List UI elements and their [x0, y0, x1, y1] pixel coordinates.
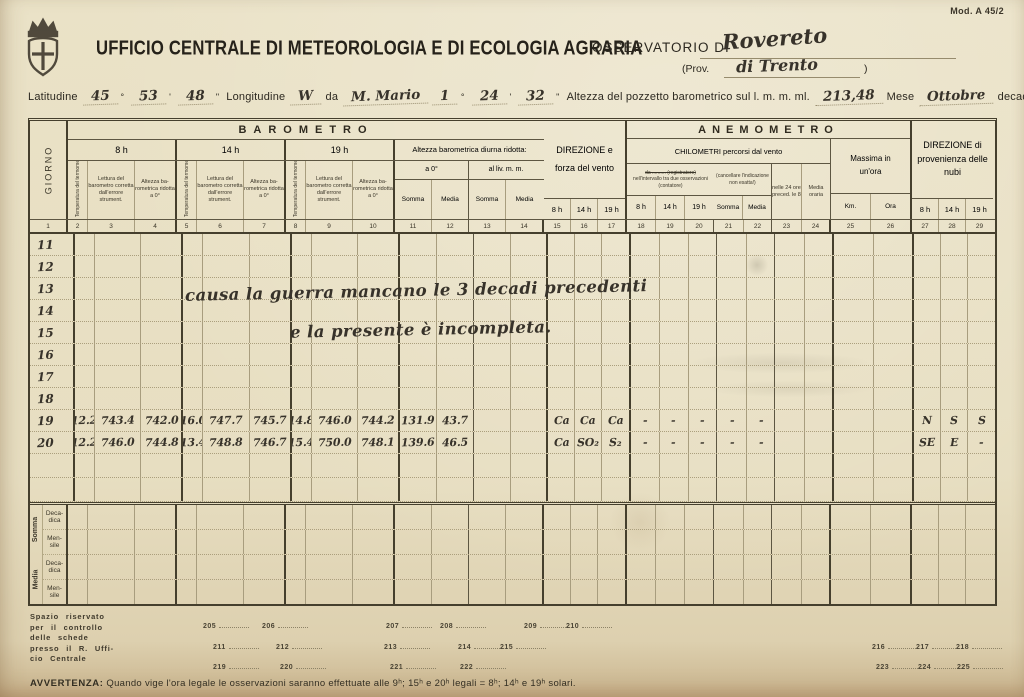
summary-cell: [966, 555, 993, 579]
cell-value: 16.0: [183, 414, 203, 428]
summary-grid: [68, 505, 995, 604]
day-number: 18: [37, 391, 54, 406]
info-printed-label: da: [326, 91, 339, 103]
data-cell: -: [717, 432, 747, 453]
observation-table: GIORNO BAROMETRO 8 h 14 h 19 h Altezza b…: [28, 118, 997, 606]
data-cell: [805, 366, 834, 387]
data-cell: [602, 478, 631, 501]
data-cell: [775, 432, 805, 453]
summary-cell: [177, 555, 197, 579]
cell-value: 13.4: [183, 436, 203, 450]
km-14h-header: 14 h: [656, 196, 685, 219]
data-cell: [775, 256, 805, 277]
data-cell: [203, 256, 250, 277]
chilometri-title: CHILOMETRI percorsi dal vento: [627, 139, 830, 164]
data-cell: [689, 278, 718, 299]
summary-cell: [831, 580, 871, 604]
data-cell: [717, 478, 747, 501]
summary-cell: [432, 580, 469, 604]
day-cell: [30, 478, 75, 501]
summary-cell: [772, 555, 802, 579]
data-cell: 43.7: [437, 410, 474, 431]
col-number-cell: 8: [286, 220, 306, 232]
data-cell: [511, 410, 549, 431]
control-number-line: [229, 661, 259, 669]
lettura-header-19h: Lettura del barometro corretta dall'erro…: [306, 161, 353, 219]
summary-cell: [912, 505, 939, 529]
data-cell: 13.4: [183, 432, 203, 453]
data-cell: [312, 300, 359, 321]
info-handwritten-value: 32: [518, 87, 553, 105]
info-printed-label: ": [556, 92, 559, 102]
anemometro-title: ANEMOMETRO: [627, 121, 910, 139]
data-cell: [312, 256, 359, 277]
summary-media-label: Media: [30, 555, 42, 605]
province-value: di Trento: [736, 55, 819, 77]
info-handwritten-value: 53: [131, 87, 166, 105]
data-cell: [805, 454, 834, 477]
summary-cell: [135, 505, 177, 529]
data-cell: [575, 366, 602, 387]
data-cell: [631, 454, 660, 477]
col-number-cell: 20: [685, 220, 714, 232]
summary-cell: [68, 530, 88, 554]
barometro-title: BAROMETRO: [68, 121, 544, 140]
data-cell: [437, 234, 474, 255]
data-cell: [75, 256, 95, 277]
data-cell: [95, 478, 142, 501]
data-cell: [575, 454, 602, 477]
summary-cell: [714, 580, 744, 604]
control-number: 215: [500, 641, 546, 651]
data-cell: [312, 344, 359, 365]
data-cell: SE: [914, 432, 941, 453]
cell-value: 746.7: [253, 436, 287, 450]
data-cell: [358, 388, 400, 409]
data-cell: [602, 234, 631, 255]
summary-cell: [306, 530, 353, 554]
data-cell: [183, 344, 203, 365]
summary-cell: [571, 580, 598, 604]
data-cell: [660, 278, 689, 299]
control-number-line: [402, 620, 432, 628]
data-cell: [660, 388, 689, 409]
data-cell: [717, 256, 747, 277]
data-cell: [183, 388, 203, 409]
data-cell: [660, 366, 689, 387]
data-cell: [250, 478, 292, 501]
summary-cell: [871, 555, 912, 579]
data-cell: [834, 322, 874, 343]
summary-section: Somma Media Deca- dica Men- sile Deca- d…: [30, 502, 995, 604]
data-cell: [292, 366, 312, 387]
wind-14h-header: 14 h: [571, 199, 598, 219]
data-cell: [511, 366, 549, 387]
data-cell: [747, 388, 775, 409]
info-printed-label: ": [216, 92, 219, 102]
data-cell: [358, 300, 400, 321]
data-cell: [548, 366, 575, 387]
data-cell: [312, 234, 359, 255]
data-cell: [141, 278, 183, 299]
data-cell: [548, 256, 575, 277]
clouds-14h-header: 14 h: [939, 199, 966, 219]
data-cell: [575, 388, 602, 409]
data-cell: 747.7: [203, 410, 250, 431]
info-handwritten-value: M. Mario: [343, 87, 429, 107]
summary-cell: [744, 555, 772, 579]
data-cell: [805, 300, 834, 321]
summary-cell: [286, 505, 306, 529]
data-cell: [968, 322, 995, 343]
data-cell: [437, 454, 474, 477]
data-cell: [292, 388, 312, 409]
data-cell: [141, 300, 183, 321]
data-cell: [968, 454, 995, 477]
control-number: 211: [213, 641, 259, 651]
empty-row: [30, 454, 995, 478]
data-cell: [474, 234, 511, 255]
control-number-line: [400, 641, 430, 649]
summary-row: [68, 530, 995, 555]
km-header: Km.: [831, 194, 871, 219]
summary-cell: [939, 530, 966, 554]
data-cell: [874, 234, 915, 255]
data-cell: [631, 366, 660, 387]
summary-cell: [714, 555, 744, 579]
data-cell: [203, 454, 250, 477]
data-cell: [805, 388, 834, 409]
data-cell: [250, 344, 292, 365]
cell-value: 747.7: [209, 414, 243, 428]
control-number: 216: [872, 641, 918, 651]
data-cell: [689, 234, 718, 255]
data-cell: [95, 322, 142, 343]
data-cell: [575, 234, 602, 255]
data-cell: [474, 256, 511, 277]
day-number: 15: [37, 325, 54, 340]
col-number-cell: 26: [871, 220, 912, 232]
cell-value: N: [922, 414, 932, 427]
data-cell: 12.2: [75, 432, 95, 453]
data-cell: [250, 366, 292, 387]
data-cell: [775, 278, 805, 299]
avvertenza-note: AVVERTENZA: Quando vige l'ora legale le …: [30, 678, 576, 689]
data-cell: [805, 322, 834, 343]
province-close-paren: ): [864, 63, 868, 75]
hour-group-14h: 14 h: [177, 140, 286, 160]
summary-cell: [656, 580, 685, 604]
data-cell: [141, 478, 183, 501]
cell-value: S: [978, 414, 986, 427]
summary-cell: [244, 530, 286, 554]
summary-cell: [286, 530, 306, 554]
col-number-cell: 13: [469, 220, 506, 232]
col-number-cell: 19: [656, 220, 685, 232]
data-cell: [834, 278, 874, 299]
data-cell: [511, 388, 549, 409]
cell-value: 744.2: [361, 414, 395, 428]
data-cell: [400, 234, 437, 255]
summary-cell: [714, 530, 744, 554]
data-cell: [203, 478, 250, 501]
summary-cell: [598, 530, 627, 554]
data-cell: [631, 478, 660, 501]
col-number-cell: 17: [598, 220, 627, 232]
data-cell: [183, 478, 203, 501]
summary-cell: [244, 555, 286, 579]
data-cell: [400, 454, 437, 477]
summary-cell: [656, 505, 685, 529]
cell-value: 131.9: [401, 414, 435, 428]
summary-cell: [685, 505, 714, 529]
control-number: 207: [386, 620, 432, 630]
data-cell: -: [631, 432, 660, 453]
data-cell: [941, 300, 968, 321]
info-printed-label: Longitudine: [226, 91, 285, 103]
cancel-note-column: (cancellare l'indicazione non esatta!) S…: [714, 164, 772, 219]
data-cell: [874, 322, 915, 343]
data-cell: [941, 344, 968, 365]
day-cell: 16: [30, 344, 75, 365]
data-cell: [874, 410, 915, 431]
summary-cell: [544, 505, 571, 529]
data-cell: [183, 234, 203, 255]
summary-cell: [135, 530, 177, 554]
data-cell: [575, 322, 602, 343]
data-cell: Ca: [548, 432, 575, 453]
data-cell: [689, 388, 718, 409]
data-cell: [292, 478, 312, 501]
data-cell: [575, 344, 602, 365]
data-cell: [805, 256, 834, 277]
summary-cell: [469, 555, 506, 579]
data-cell: [805, 478, 834, 501]
data-cell: [747, 300, 775, 321]
data-cell: [95, 256, 142, 277]
data-cell: Ca: [602, 410, 631, 431]
control-number-line: [229, 641, 259, 649]
summary-cell: [744, 530, 772, 554]
contatore-note: nell'intervallo tra due osservazioni (co…: [628, 176, 713, 189]
summary-cell: [286, 580, 306, 604]
summary-cell: [306, 555, 353, 579]
cell-value: 745.7: [253, 414, 287, 428]
data-cell: [358, 454, 400, 477]
summary-cell: [432, 555, 469, 579]
temp-attached-header-19h: Temperatura del termome- tro attaccato: [286, 161, 306, 219]
cell-value: 742.0: [144, 414, 178, 428]
data-cell: N: [914, 410, 941, 431]
summary-cell: [286, 555, 306, 579]
day-cell: 14: [30, 300, 75, 321]
summary-cell: [871, 580, 912, 604]
summary-cell: [544, 555, 571, 579]
data-cell: [141, 388, 183, 409]
cell-value: Ca: [553, 414, 569, 427]
data-cell: [183, 366, 203, 387]
summary-cell: [197, 530, 244, 554]
data-cell: [250, 388, 292, 409]
summary-cell: [627, 555, 656, 579]
control-number-line: [476, 661, 506, 669]
data-cell: 742.0: [141, 410, 183, 431]
data-cell: [400, 478, 437, 501]
data-cell: 139.6: [400, 432, 437, 453]
data-cell: [548, 388, 575, 409]
data-cell: [834, 432, 874, 453]
media-oraria-header: Media oraria: [802, 164, 830, 219]
col-number-cell: 4: [135, 220, 177, 232]
control-number-line: [278, 620, 308, 628]
livmm-header: al liv. m. m.: [469, 161, 543, 179]
data-cell: -: [747, 432, 775, 453]
summary-cell: [939, 505, 966, 529]
data-cell: [250, 454, 292, 477]
km-19h-header: 19 h: [685, 196, 713, 219]
data-cell: [874, 366, 915, 387]
data-cell: [631, 322, 660, 343]
summary-cell: [627, 505, 656, 529]
data-cell: [941, 234, 968, 255]
data-cell: [775, 388, 805, 409]
control-number: 213: [384, 641, 430, 651]
summary-cell: [395, 505, 432, 529]
data-cell: [75, 366, 95, 387]
summary-cell: [685, 555, 714, 579]
data-cell: [75, 278, 95, 299]
data-cell: [914, 366, 941, 387]
wind-direction-title: DIREZIONE e forza del vento: [544, 121, 625, 199]
data-cell: [358, 344, 400, 365]
clouds-8h-header: 8 h: [912, 199, 939, 219]
info-printed-label: ': [169, 92, 171, 102]
col-number-cell: 2: [68, 220, 88, 232]
data-cell: [203, 388, 250, 409]
data-cell: [95, 344, 142, 365]
data-cell: S: [941, 410, 968, 431]
data-cell: [548, 454, 575, 477]
col-number-cell: 25: [831, 220, 871, 232]
summary-cell: [571, 505, 598, 529]
data-cell: [914, 256, 941, 277]
control-number: 206: [262, 620, 308, 630]
day-cell: 19: [30, 410, 75, 431]
data-cell: [834, 366, 874, 387]
nelle24-header: nelle 24 ore preced. le 8: [772, 164, 802, 219]
summary-cell: [871, 505, 912, 529]
data-cell: [941, 256, 968, 277]
data-cell: [474, 432, 511, 453]
data-cell: [660, 478, 689, 501]
form-model-label: Mod. A 45/2: [950, 6, 1004, 16]
summary-cell: [627, 530, 656, 554]
data-cell: [203, 344, 250, 365]
control-number: 219: [213, 661, 259, 671]
data-cell: 15.4: [292, 432, 312, 453]
data-cell: [747, 366, 775, 387]
day-cell: 17: [30, 366, 75, 387]
summary-cell: [68, 580, 88, 604]
info-handwritten-value: 213,48: [815, 87, 883, 106]
col-number-cell: 18: [627, 220, 656, 232]
summary-cell: [177, 505, 197, 529]
data-cell: [575, 256, 602, 277]
data-cell: [183, 256, 203, 277]
data-cell: [358, 234, 400, 255]
data-cell: [775, 234, 805, 255]
data-cell: [717, 234, 747, 255]
day-cell: [30, 454, 75, 477]
data-cell: [775, 344, 805, 365]
control-number: 214: [458, 641, 504, 651]
data-cell: Ca: [575, 410, 602, 431]
info-printed-label: °: [461, 92, 465, 102]
summary-cell: [506, 505, 544, 529]
data-cell: [874, 300, 915, 321]
km-somma-header: Somma: [714, 196, 743, 219]
data-cell: [437, 478, 474, 501]
summary-cell: [912, 530, 939, 554]
data-cell: [874, 388, 915, 409]
giorno-column-header: GIORNO: [30, 121, 68, 219]
cell-value: 43.7: [442, 414, 468, 428]
data-cell: [437, 388, 474, 409]
data-cell: [575, 478, 602, 501]
summary-cell: [802, 505, 831, 529]
data-cell: [474, 366, 511, 387]
data-cell: [941, 454, 968, 477]
summary-somma-label: Somma: [30, 505, 42, 555]
summary-cell: [831, 505, 871, 529]
data-cell: [660, 344, 689, 365]
data-cell: [292, 300, 312, 321]
summary-cell: [966, 505, 993, 529]
clouds-direction-title: DIREZIONE di provenienza delle nubi: [912, 121, 993, 199]
day-number: 17: [37, 369, 54, 384]
data-cell: [312, 388, 359, 409]
data-cell: 744.8: [141, 432, 183, 453]
cell-value: 15.4: [292, 436, 312, 450]
summary-cell: [395, 530, 432, 554]
data-cell: [250, 234, 292, 255]
data-cell: [874, 344, 915, 365]
ora-header: Ora: [871, 194, 910, 219]
day-number: 19: [37, 413, 54, 428]
control-number: 222: [460, 661, 506, 671]
info-printed-label: Latitudine: [28, 91, 78, 103]
data-cell: [689, 300, 718, 321]
data-cell: [183, 322, 203, 343]
data-cell: [660, 300, 689, 321]
data-cell: [689, 256, 718, 277]
cell-value: Ca: [580, 414, 596, 427]
data-cell: [75, 478, 95, 501]
data-cell: [400, 366, 437, 387]
data-cell: [437, 366, 474, 387]
hour-group-8h: 8 h: [68, 140, 177, 160]
data-cell: [805, 410, 834, 431]
wind-8h-header: 8 h: [544, 199, 571, 219]
summary-cell: [306, 580, 353, 604]
data-cell: [400, 300, 437, 321]
data-cell: [141, 322, 183, 343]
summary-cell: [68, 505, 88, 529]
data-cell: [631, 344, 660, 365]
data-cell: -: [689, 432, 718, 453]
col-number-cell: 23: [772, 220, 802, 232]
cell-value: -: [730, 436, 735, 449]
